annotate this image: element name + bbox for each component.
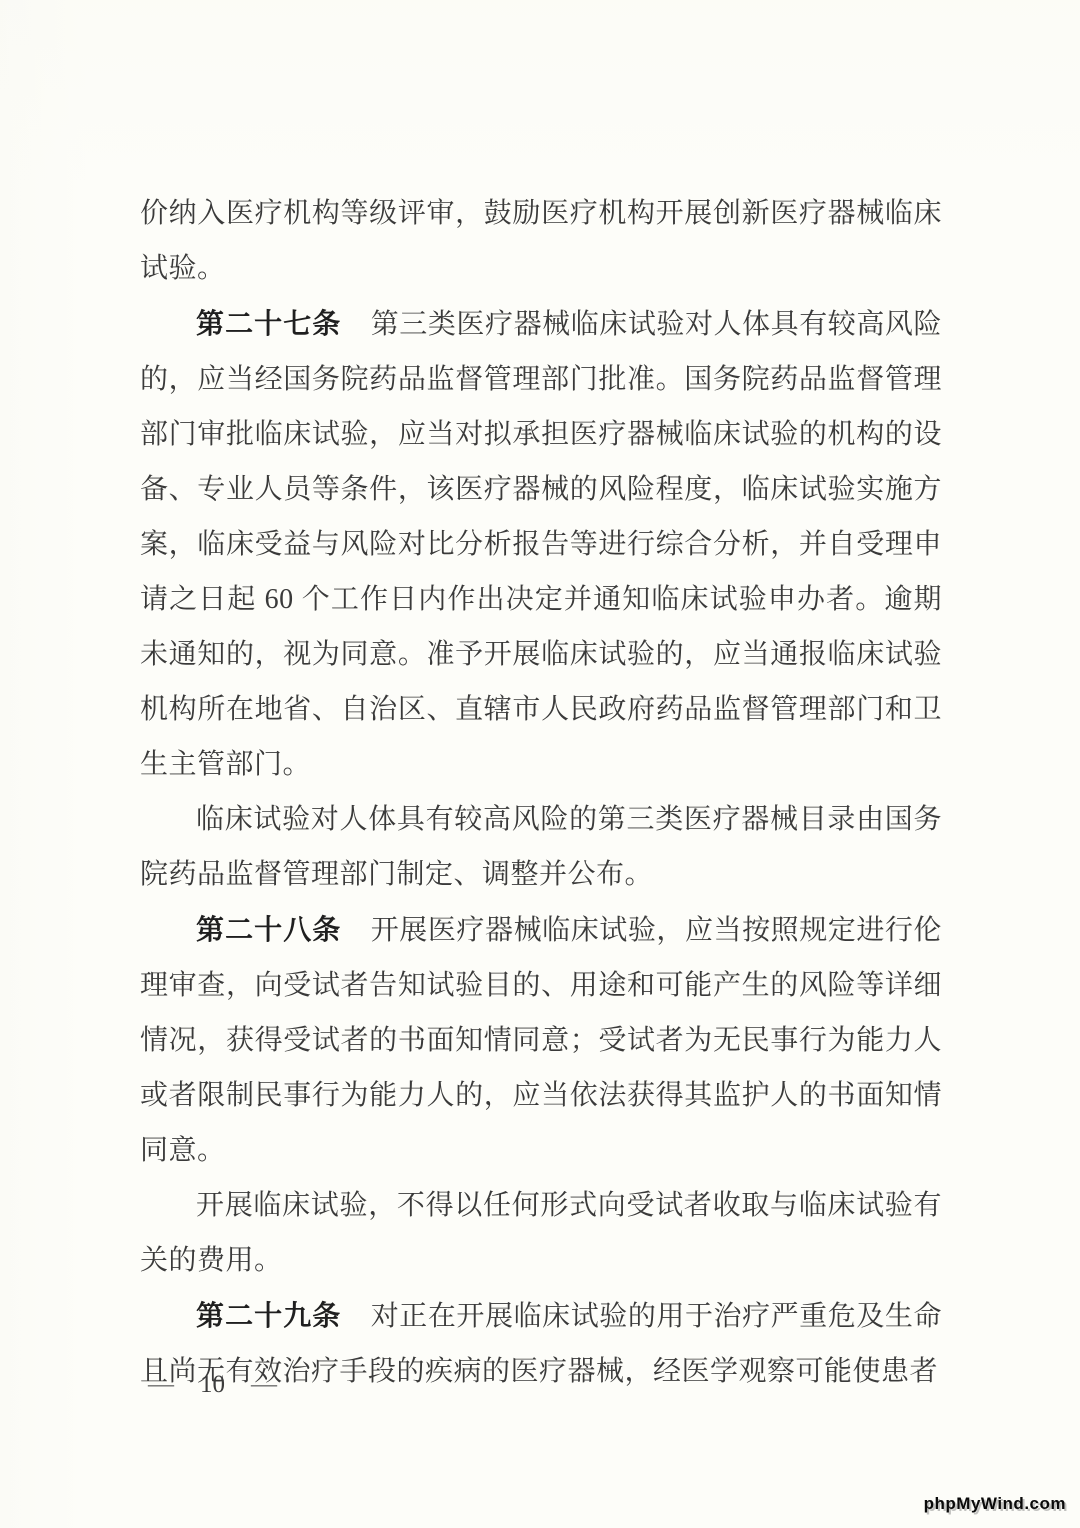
article-heading: 第二十九条 [196, 1300, 341, 1331]
document-page: 价纳入医疗机构等级评审，鼓励医疗机构开展创新医疗器械临床试验。第二十七条第三类医… [0, 0, 1080, 1528]
article-heading: 第二十七条 [196, 308, 341, 339]
body-paragraph: 临床试验对人体具有较高风险的第三类医疗器械目录由国务院药品监督管理部门制定、调整… [140, 792, 942, 902]
article-paragraph: 第二十七条第三类医疗器械临床试验对人体具有较高风险的，应当经国务院药品监督管理部… [140, 296, 942, 792]
paragraph-text: 临床试验对人体具有较高风险的第三类医疗器械目录由国务院药品监督管理部门制定、调整… [140, 804, 942, 890]
paragraph-text: 开展临床试验，不得以任何形式向受试者收取与临床试验有关的费用。 [140, 1190, 942, 1276]
body-paragraph: 价纳入医疗机构等级评审，鼓励医疗机构开展创新医疗器械临床试验。 [140, 186, 942, 296]
footer-dash-right: — [251, 1369, 277, 1398]
document-body: 价纳入医疗机构等级评审，鼓励医疗机构开展创新医疗器械临床试验。第二十七条第三类医… [140, 186, 942, 1399]
page-footer: —10— [148, 1368, 448, 1401]
article-paragraph: 第二十八条开展医疗器械临床试验，应当按照规定进行伦理审查，向受试者告知试验目的、… [140, 902, 942, 1178]
page-number: 10 [200, 1369, 225, 1401]
paragraph-text: 第三类医疗器械临床试验对人体具有较高风险的，应当经国务院药品监督管理部门批准。国… [140, 309, 942, 780]
footer-dash-left: — [148, 1369, 174, 1398]
paragraph-text: 价纳入医疗机构等级评审，鼓励医疗机构开展创新医疗器械临床试验。 [140, 198, 942, 284]
paragraph-text: 开展医疗器械临床试验，应当按照规定进行伦理审查，向受试者告知试验目的、用途和可能… [140, 915, 942, 1166]
watermark-text: phpMyWind.com [924, 1494, 1066, 1514]
body-paragraph: 开展临床试验，不得以任何形式向受试者收取与临床试验有关的费用。 [140, 1178, 942, 1288]
article-heading: 第二十八条 [196, 914, 341, 945]
